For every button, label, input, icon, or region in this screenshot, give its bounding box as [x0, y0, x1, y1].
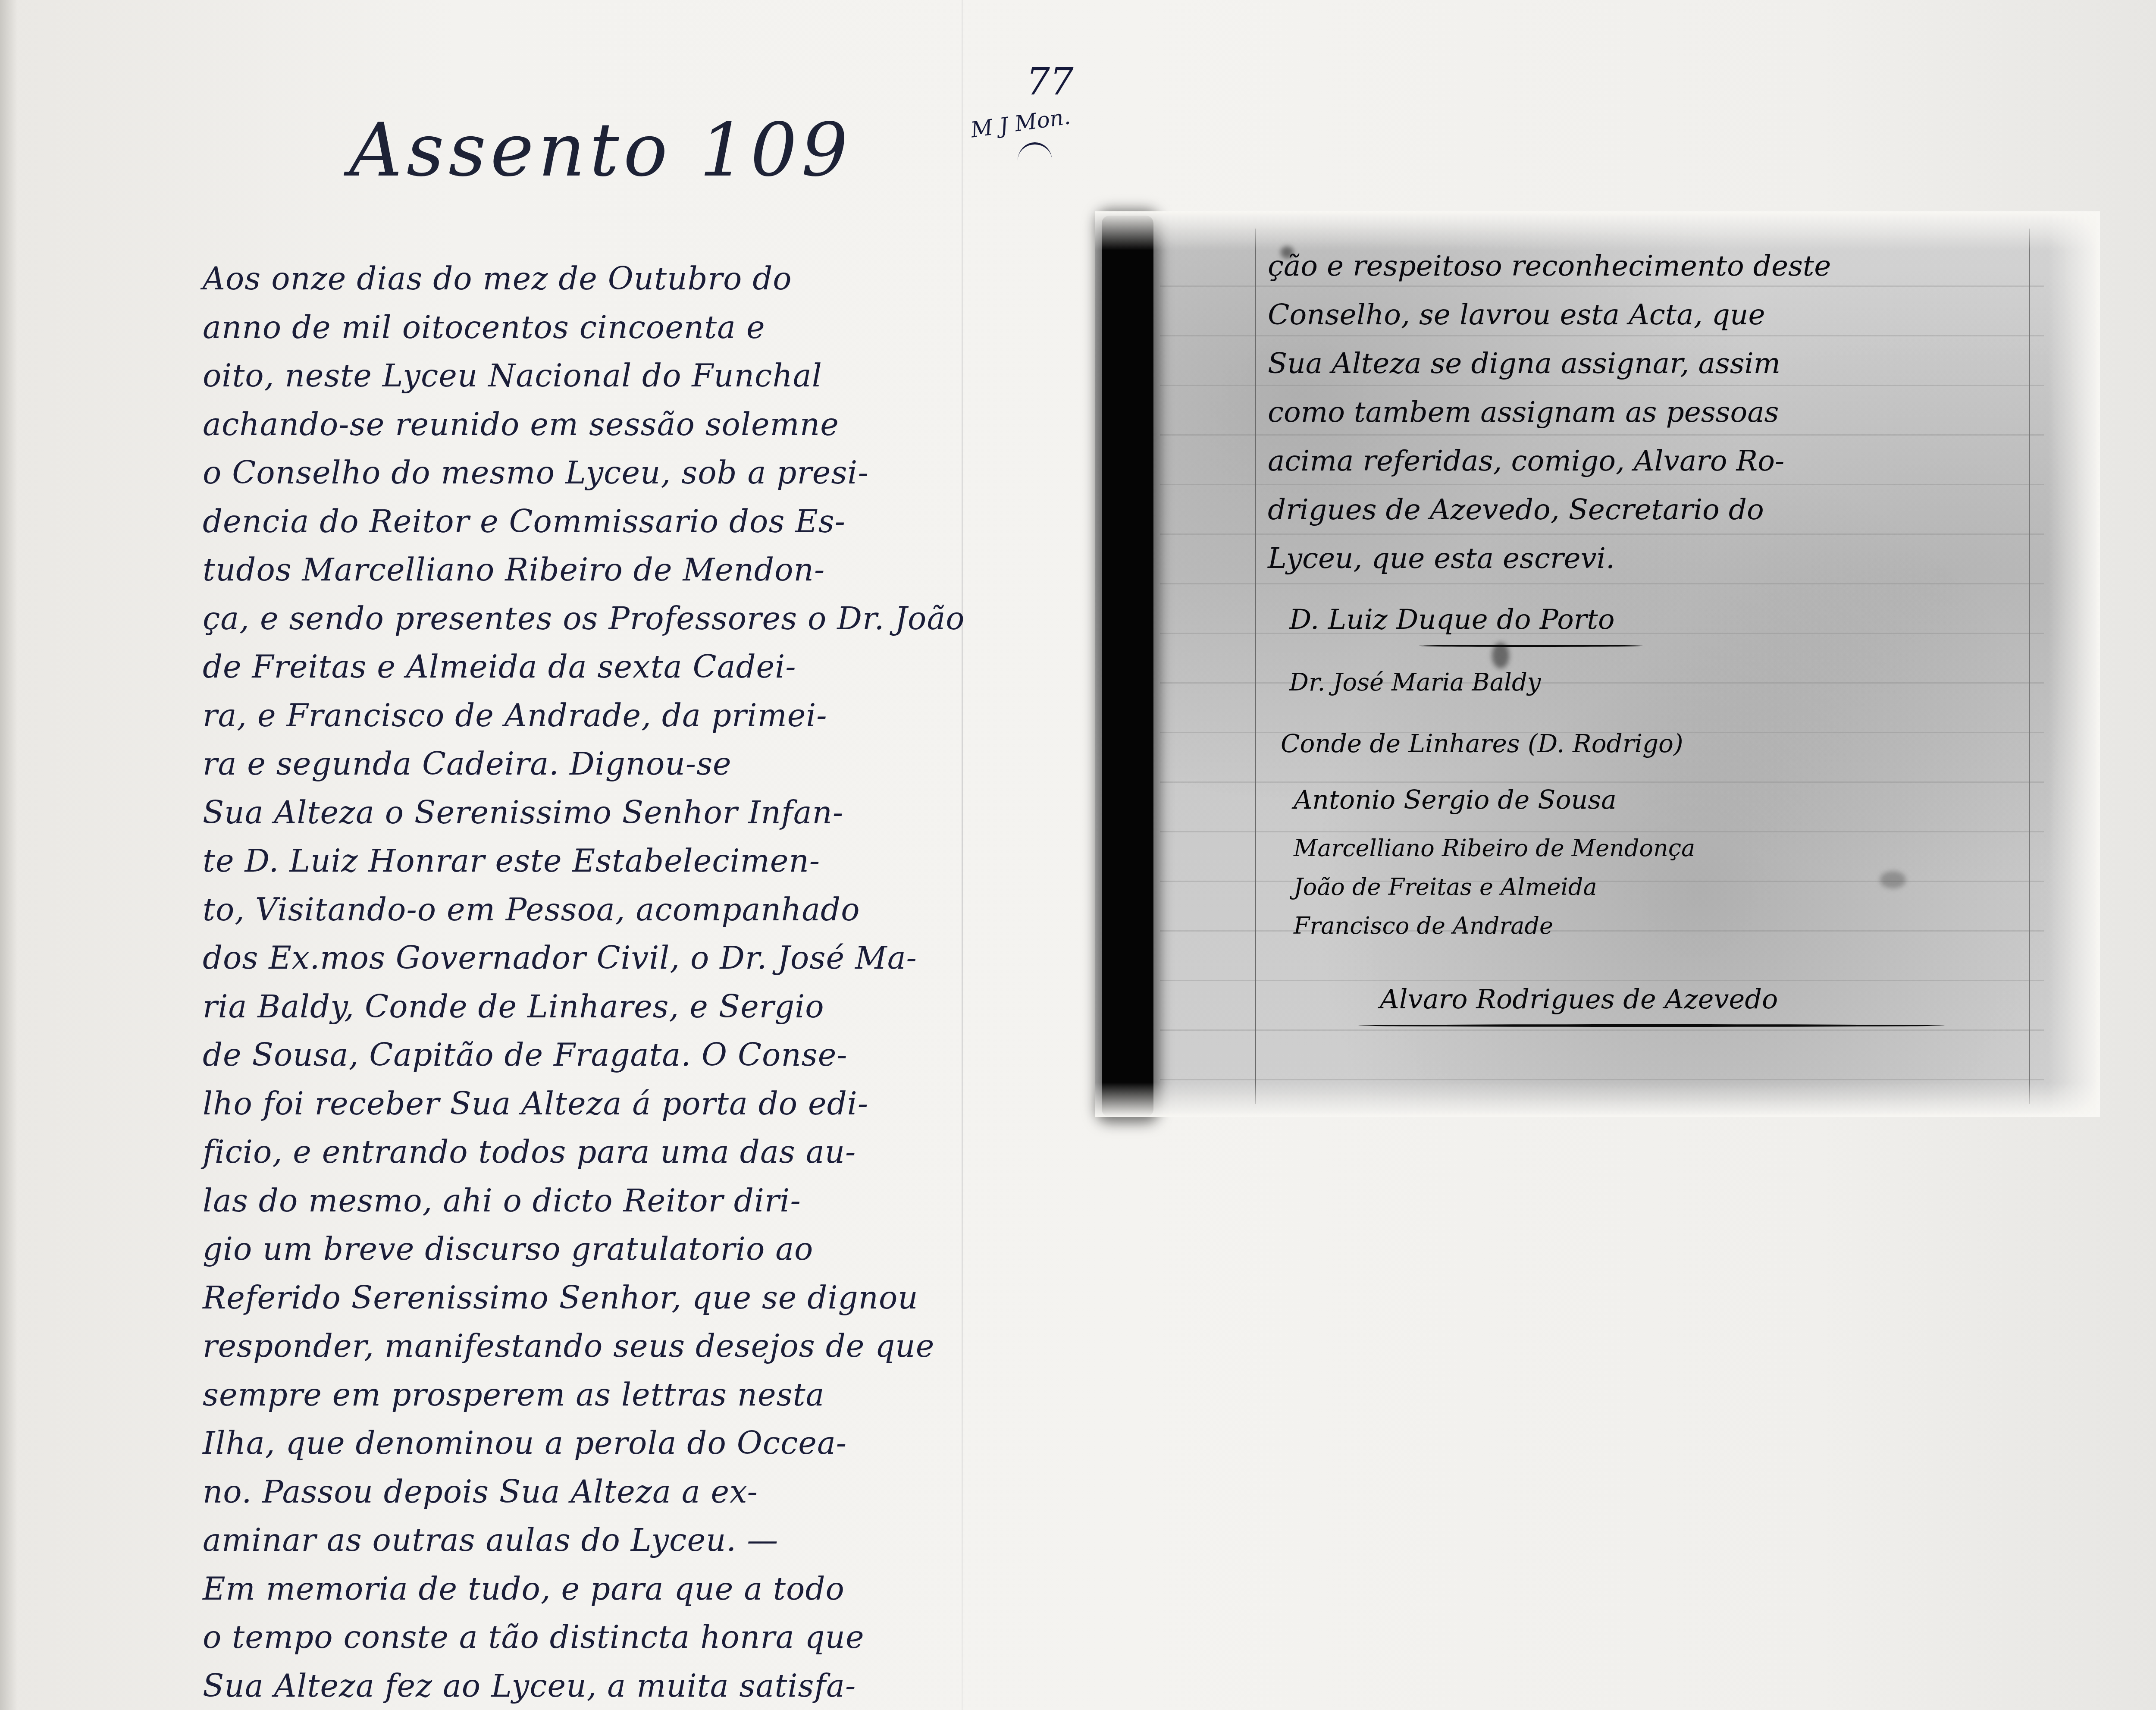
manuscript-line: Em memoria de tudo, e para que a todo [203, 1565, 1022, 1613]
signature-professor-freitas: João de Freitas e Almeida [1294, 873, 1597, 900]
left-margin-rule [1255, 229, 1256, 1104]
manuscript-line: tudos Marcelliano Ribeiro de Mendon- [203, 546, 1022, 594]
manuscript-line: no. Passou depois Sua Alteza a ex- [203, 1468, 1022, 1516]
photo-fade [1095, 1082, 2100, 1117]
manuscript-line: Referido Serenissimo Senhor, que se dign… [203, 1274, 1022, 1322]
manuscript-line: ria Baldy, Conde de Linhares, e Sergio [203, 982, 1022, 1031]
manuscript-line: Conselho, se lavrou esta Acta, que [1268, 290, 2035, 339]
signature-reitor: Marcelliano Ribeiro de Mendonça [1294, 835, 1695, 862]
manuscript-line: ficio, e entrando todos para uma das au- [203, 1128, 1022, 1177]
left-edge-shadow [0, 0, 17, 1710]
signature-sergio: Antonio Sergio de Sousa [1294, 785, 1617, 815]
manuscript-line: Lyceu, que esta escrevi. [1268, 534, 2035, 583]
manuscript-line: anno de mil oitocentos cincoenta e [203, 303, 1022, 352]
manuscript-line: acima referidas, comigo, Alvaro Ro- [1268, 436, 2035, 485]
manuscript-line: responder, manifestando seus desejos de … [203, 1322, 1022, 1371]
signature-professor-andrade: Francisco de Andrade [1294, 912, 1553, 939]
manuscript-line: drigues de Azevedo, Secretario do [1268, 485, 2035, 534]
manuscript-line: gio um breve discurso gratulatorio ao [203, 1225, 1022, 1274]
manuscript-line: o tempo conste a tão distincta honra que [203, 1613, 1022, 1662]
manuscript-line: aminar as outras aulas do Lyceu. — [203, 1516, 1022, 1565]
signature-flourish [1358, 1024, 1945, 1027]
right-photographed-page: ção e respeitoso reconhecimento deste Co… [1095, 211, 2100, 1117]
manuscript-line: las do mesmo, ahi o dicto Reitor diri- [203, 1177, 1022, 1225]
signature-conde: Conde de Linhares (D. Rodrigo) [1281, 729, 1683, 758]
left-manuscript-page: Assento 109 Aos onze dias do mez de Outu… [203, 52, 1056, 1647]
manuscript-line: o Conselho do mesmo Lyceu, sob a presi- [203, 449, 1022, 497]
manuscript-line: dencia do Reitor e Commissario dos Es- [203, 497, 1022, 546]
manuscript-line: to, Visitando-o em Pessoa, acompanhado [203, 885, 1022, 934]
manuscript-line: Ilha, que denominou a perola do Occea- [203, 1419, 1022, 1468]
manuscript-line: Sua Alteza o Serenissimo Senhor Infan- [203, 788, 1022, 837]
manuscript-line: Sua Alteza se digna assignar, assim [1268, 339, 2035, 388]
manuscript-line: sempre em prosperem as lettras nesta [203, 1371, 1022, 1419]
manuscript-line: lho foi receber Sua Alteza á porta do ed… [203, 1079, 1022, 1128]
manuscript-line: Sua Alteza fez ao Lyceu, a muita satisfa… [203, 1662, 1022, 1710]
manuscript-line: achando-se reunido em sessão solemne [203, 400, 1022, 449]
manuscript-line: de Freitas e Almeida da sexta Cadei- [203, 643, 1022, 691]
manuscript-line: ra e segunda Cadeira. Dignou-se [203, 740, 1022, 788]
manuscript-line: de Sousa, Capitão de Fragata. O Conse- [203, 1031, 1022, 1079]
page-spread: Assento 109 Aos onze dias do mez de Outu… [0, 0, 2156, 1710]
continuation-text: ção e respeitoso reconhecimento deste Co… [1268, 242, 2035, 583]
photo-fade [2048, 211, 2100, 1117]
folio-number: 77 [1026, 60, 1073, 104]
binding-shadow-strip [1102, 216, 1153, 1117]
manuscript-line: como tambem assignam as pessoas [1268, 388, 2035, 436]
manuscript-line: oito, neste Lyceu Nacional do Funchal [203, 351, 1022, 400]
signature-flourish [1419, 645, 1643, 647]
signature-governor: Dr. José Maria Baldy [1289, 668, 1541, 697]
manuscript-body: Aos onze dias do mez de Outubro do anno … [203, 254, 1022, 1710]
signature-infante: D. Luiz Duque do Porto [1289, 604, 1615, 636]
photo-fade [1095, 211, 2100, 250]
manuscript-line: Aos onze dias do mez de Outubro do [203, 254, 1022, 303]
manuscript-line: te D. Luiz Honrar este Estabelecimen- [203, 837, 1022, 885]
entry-title: Assento 109 [349, 108, 852, 193]
manuscript-line: dos Ex.mos Governador Civil, o Dr. José … [203, 934, 1022, 982]
ink-stain [1880, 871, 1906, 888]
manuscript-line: ra, e Francisco de Andrade, da primei- [203, 691, 1022, 740]
folio-flourish-mark [1018, 142, 1052, 179]
signature-secretary: Alvaro Rodrigues de Azevedo [1380, 983, 1778, 1015]
manuscript-line: ça, e sendo presentes os Professores o D… [203, 594, 1022, 643]
